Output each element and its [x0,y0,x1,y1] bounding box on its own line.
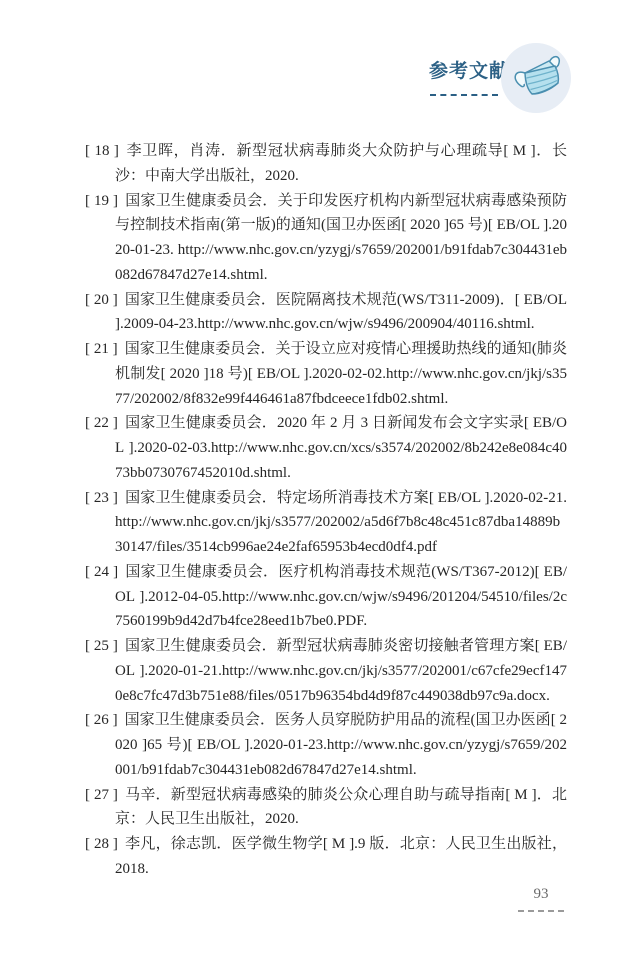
reference-number: [ 25 ] [85,638,118,654]
page-header-title: 参考文献 [429,56,509,83]
reference-text: 国家卫生健康委员会．2020 年 2 月 3 日新闻发布会文字实录[ EB/OL… [115,415,567,481]
references-list: [ 18 ]李卫晖，肖涛．新型冠状病毒肺炎大众防护与心理疏导[ M ]．长沙：中… [85,139,567,882]
reference-number: [ 28 ] [85,836,118,852]
reference-text: 李卫晖，肖涛．新型冠状病毒肺炎大众防护与心理疏导[ M ]．长沙：中南大学出版社… [115,143,567,184]
face-mask-icon [500,42,572,114]
reference-text: 国家卫生健康委员会．关于印发医疗机构内新型冠状病毒感染预防与控制技术指南(第一版… [115,193,567,283]
page-number: 93 [520,886,562,903]
document-page: 参考文献 [ 18 ]李卫晖，肖涛．新型冠状病毒肺炎大众防护与心理疏导[ M ]… [0,0,639,959]
reference-text: 国家卫生健康委员会．新型冠状病毒肺炎密切接触者管理方案[ EB/OL ].202… [115,638,567,704]
reference-number: [ 19 ] [85,193,118,209]
reference-number: [ 21 ] [85,341,118,357]
reference-item: [ 20 ]国家卫生健康委员会．医院隔离技术规范(WS/T311-2009)．[… [85,288,567,338]
reference-text: 国家卫生健康委员会．特定场所消毒技术方案[ EB/OL ].2020-02-21… [115,490,567,556]
reference-item: [ 28 ]李凡，徐志凯．医学微生物学[ M ].9 版．北京：人民卫生出版社，… [85,832,567,882]
reference-text: 国家卫生健康委员会．医院隔离技术规范(WS/T311-2009)．[ EB/OL… [115,292,567,333]
reference-text: 国家卫生健康委员会．医务人员穿脱防护用品的流程(国卫办医函[ 2020 ]65 … [115,712,567,778]
reference-text: 李凡，徐志凯．医学微生物学[ M ].9 版．北京：人民卫生出版社，2018. [115,836,567,877]
reference-number: [ 26 ] [85,712,118,728]
reference-number: [ 20 ] [85,292,118,308]
reference-number: [ 24 ] [85,564,118,580]
reference-item: [ 24 ]国家卫生健康委员会．医疗机构消毒技术规范(WS/T367-2012)… [85,560,567,634]
reference-item: [ 27 ]马辛．新型冠状病毒感染的肺炎公众心理自助与疏导指南[ M ]．北京：… [85,783,567,833]
reference-item: [ 21 ]国家卫生健康委员会．关于设立应对疫情心理援助热线的通知(肺炎机制发[… [85,337,567,411]
reference-number: [ 22 ] [85,415,118,431]
reference-text: 国家卫生健康委员会．医疗机构消毒技术规范(WS/T367-2012)[ EB/O… [115,564,567,630]
reference-item: [ 18 ]李卫晖，肖涛．新型冠状病毒肺炎大众防护与心理疏导[ M ]．长沙：中… [85,139,567,189]
reference-text: 马辛．新型冠状病毒感染的肺炎公众心理自助与疏导指南[ M ]．北京：人民卫生出版… [115,787,567,828]
footer-dashed-line [518,910,564,912]
reference-item: [ 25 ]国家卫生健康委员会．新型冠状病毒肺炎密切接触者管理方案[ EB/OL… [85,634,567,708]
reference-number: [ 18 ] [85,143,119,159]
reference-item: [ 22 ]国家卫生健康委员会．2020 年 2 月 3 日新闻发布会文字实录[… [85,411,567,485]
header-dashed-underline [430,94,498,96]
reference-item: [ 26 ]国家卫生健康委员会．医务人员穿脱防护用品的流程(国卫办医函[ 202… [85,708,567,782]
reference-text: 国家卫生健康委员会．关于设立应对疫情心理援助热线的通知(肺炎机制发[ 2020 … [115,341,567,407]
reference-number: [ 27 ] [85,787,118,803]
reference-item: [ 23 ]国家卫生健康委员会．特定场所消毒技术方案[ EB/OL ].2020… [85,486,567,560]
reference-number: [ 23 ] [85,490,118,506]
reference-item: [ 19 ]国家卫生健康委员会．关于印发医疗机构内新型冠状病毒感染预防与控制技术… [85,189,567,288]
